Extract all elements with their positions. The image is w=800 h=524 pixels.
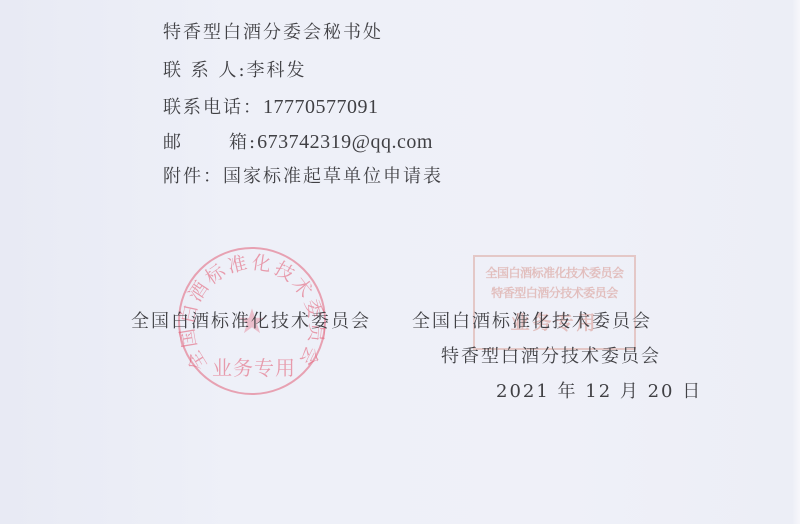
- contact-label: 联 系 人:: [163, 60, 247, 81]
- email-label-2: 箱:: [229, 132, 257, 153]
- email-line: 邮箱:673742319@qq.com: [163, 128, 433, 154]
- signature-org-right-line1: 全国白酒标准化技术委员会: [412, 307, 652, 333]
- phone-line: 联系电话：17770577091: [163, 93, 379, 119]
- contact-name: 李科发: [247, 60, 307, 81]
- contact-person-line: 联 系 人:李科发: [163, 56, 307, 82]
- attachment-line: 附件：国家标准起草单位申请表: [163, 162, 443, 188]
- signature-org-left: 全国白酒标准化技术委员会: [131, 307, 371, 333]
- email-label-1: 邮: [163, 132, 183, 153]
- attachment-value: 国家标准起草单位申请表: [223, 166, 443, 187]
- signature-date: 2021 年 12 月 20 日: [496, 377, 702, 403]
- page-edge: [792, 0, 800, 524]
- rectangular-stamp: 全国白酒标准化技术委员会 特香型白酒分技术委员会 业务专用: [473, 255, 636, 350]
- signature-org-right-line2: 特香型白酒分技术委员会: [441, 342, 661, 368]
- stamp-bottom-text: 业务专用: [212, 352, 296, 381]
- secretariat-line: 特香型白酒分委会秘书处: [163, 18, 383, 44]
- attachment-label: 附件：: [163, 166, 223, 187]
- email-value[interactable]: 673742319@qq.com: [257, 131, 433, 153]
- phone-value: 17770577091: [263, 96, 379, 118]
- phone-label: 联系电话：: [163, 97, 263, 118]
- rect-stamp-line2: 特香型白酒分技术委员会: [475, 283, 634, 303]
- rect-stamp-line1: 全国白酒标准化技术委员会: [475, 263, 634, 283]
- document-page: [0, 0, 800, 524]
